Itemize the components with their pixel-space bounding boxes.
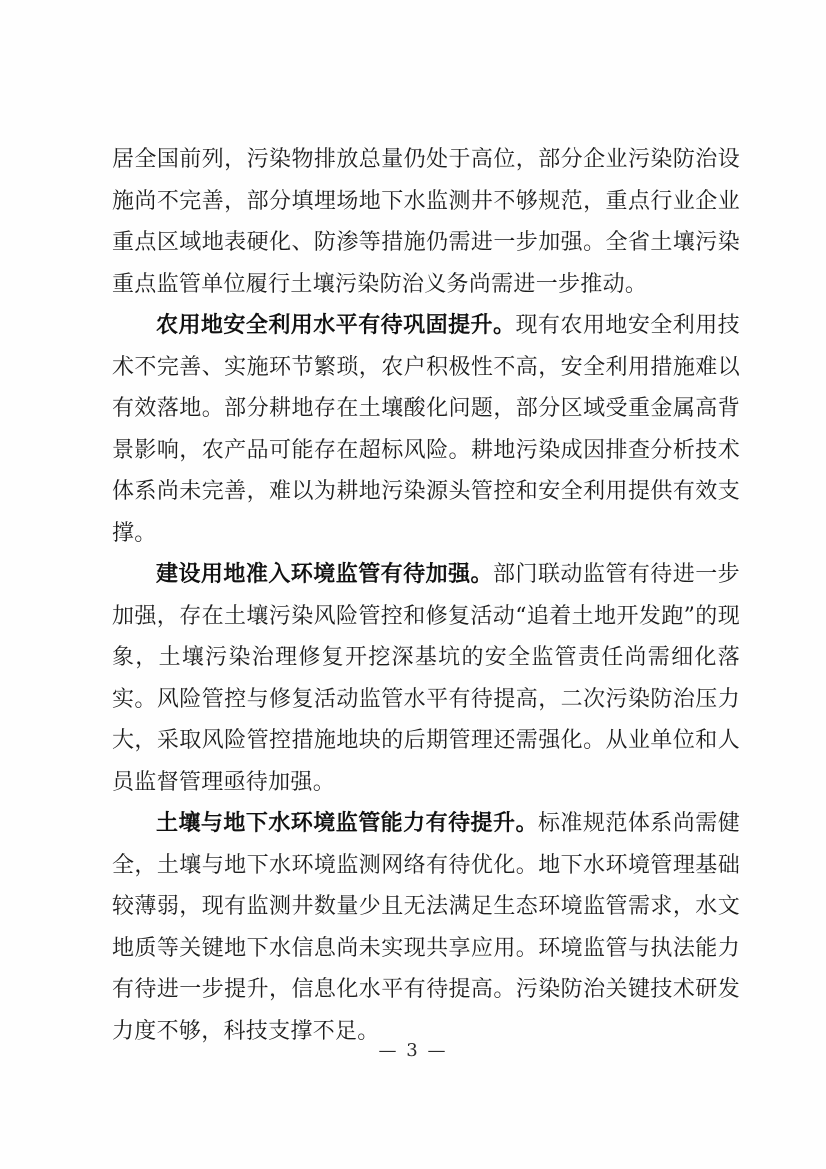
document-body: 居全国前列，污染物排放总量仍处于高位，部分企业污染防治设施尚不完善，部分填埋场地… bbox=[112, 139, 740, 1052]
paragraph-lead: 土壤与地下水环境监管能力有待提升。 bbox=[156, 811, 538, 836]
page-number: — 3 — bbox=[0, 1040, 826, 1061]
paragraph-text: 现有农用地安全利用技术不完善、实施环节繁琐，农户积极性不高，安全利用措施难以有效… bbox=[112, 313, 740, 546]
paragraph: 农用地安全利用水平有待巩固提升。现有农用地安全利用技术不完善、实施环节繁琐，农户… bbox=[112, 305, 740, 554]
paragraph-lead: 农用地安全利用水平有待巩固提升。 bbox=[156, 313, 515, 338]
document-page: 居全国前列，污染物排放总量仍处于高位，部分企业污染防治设施尚不完善，部分填埋场地… bbox=[0, 0, 826, 1169]
paragraph-text: 居全国前列，污染物排放总量仍处于高位，部分企业污染防治设施尚不完善，部分填埋场地… bbox=[112, 147, 740, 297]
paragraph: 建设用地准入环境监管有待加强。部门联动监管有待进一步加强，存在土壤污染风险管控和… bbox=[112, 554, 740, 803]
paragraph: 土壤与地下水环境监管能力有待提升。标准规范体系尚需健全，土壤与地下水环境监测网络… bbox=[112, 803, 740, 1052]
paragraph-lead: 建设用地准入环境监管有待加强。 bbox=[156, 562, 493, 587]
paragraph-text: 部门联动监管有待进一步加强，存在土壤污染风险管控和修复活动“追着土地开发跑”的现… bbox=[112, 562, 740, 795]
paragraph: 居全国前列，污染物排放总量仍处于高位，部分企业污染防治设施尚不完善，部分填埋场地… bbox=[112, 139, 740, 305]
paragraph-text: 标准规范体系尚需健全，土壤与地下水环境监测网络有待优化。地下水环境管理基础较薄弱… bbox=[112, 811, 740, 1044]
